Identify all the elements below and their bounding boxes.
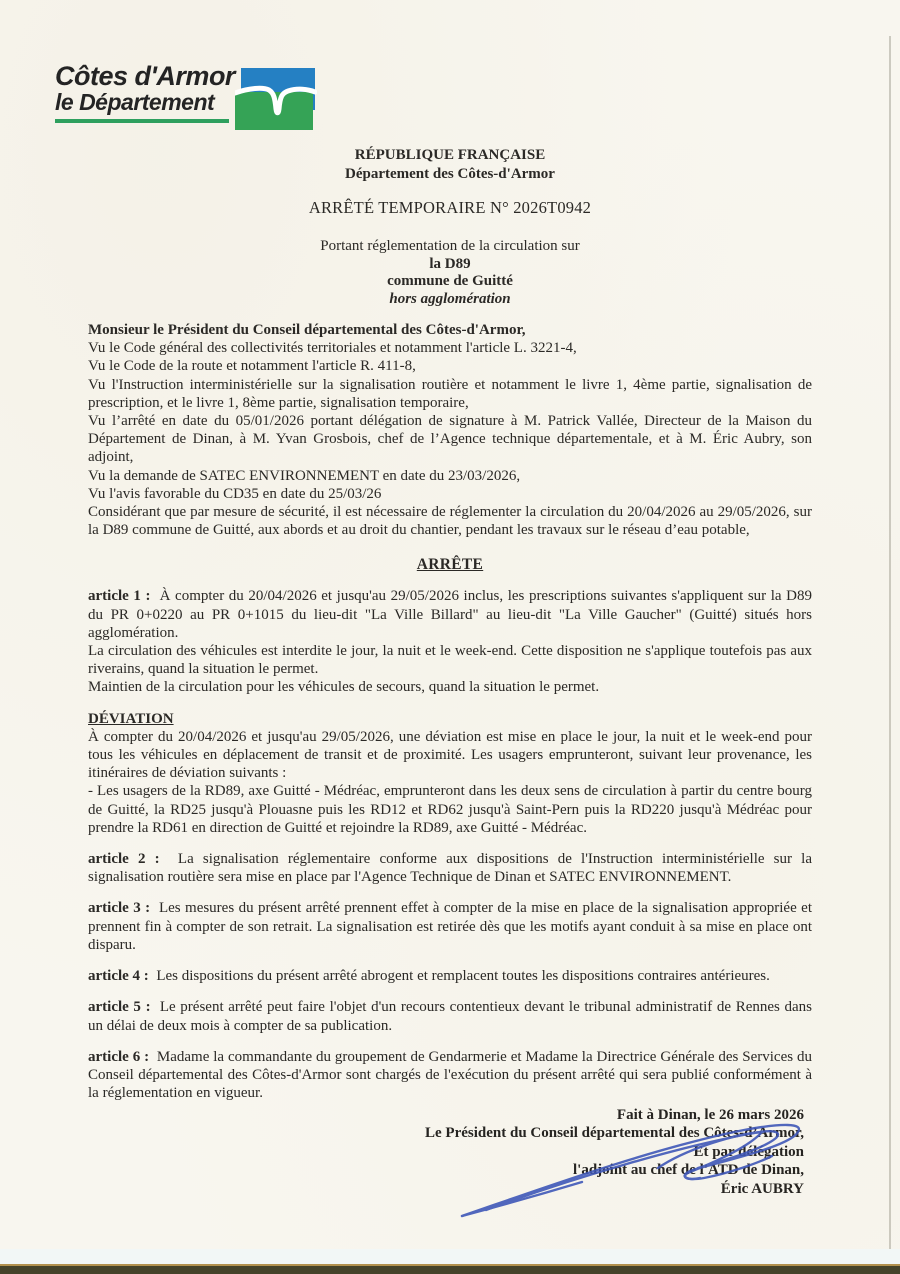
article-5: article 5 : Le présent arrêté peut faire…: [88, 998, 812, 1034]
deviation-section: DÉVIATION À compter du 20/04/2026 et jus…: [88, 710, 812, 837]
decision-heading-text: ARRÊTE: [417, 556, 483, 573]
signature-delegation: Et par délégation: [425, 1143, 804, 1161]
visa-item: Vu la demande de SATEC ENVIRONNEMENT en …: [88, 467, 812, 485]
article-1-paragraph: article 1 : À compter du 20/04/2026 et j…: [88, 587, 812, 642]
deviation-paragraph: - Les usagers de la RD89, axe Guitté - M…: [88, 782, 812, 837]
logo-title: Côtes d'Armor: [55, 62, 229, 90]
preamble: Monsieur le Président du Conseil départe…: [88, 321, 812, 539]
deviation-paragraph: À compter du 20/04/2026 et jusqu'au 29/0…: [88, 728, 812, 783]
signature-block: Fait à Dinan, le 26 mars 2026 Le Préside…: [425, 1106, 804, 1198]
article-1-paragraph: Maintien de la circulation pour les véhi…: [88, 678, 812, 696]
article-4: article 4 : Les dispositions du présent …: [88, 967, 812, 985]
subject-block: Portant réglementation de la circulation…: [88, 238, 812, 308]
article-6-text: Madame la commandante du groupement de G…: [88, 1049, 812, 1101]
article-3-text: Les mesures du présent arrêté prennent e…: [88, 900, 812, 952]
article-6-label: article 6 :: [88, 1049, 149, 1065]
article-4-label: article 4 :: [88, 968, 149, 984]
arrete-number: ARRÊTÉ TEMPORAIRE N° 2026T0942: [88, 198, 812, 217]
signature-name: Éric AUBRY: [425, 1180, 804, 1198]
subject-intro: Portant réglementation de la circulation…: [88, 238, 812, 256]
article-3: article 3 : Les mesures du présent arrêt…: [88, 899, 812, 954]
logo-subtitle: le Département: [55, 90, 229, 115]
visa-item: Vu le Code de la route et notamment l'ar…: [88, 357, 812, 375]
subject-zone: hors agglomération: [88, 291, 812, 309]
document-page: Côtes d'Armor le Département RÉPUBLIQUE …: [0, 0, 900, 1274]
article-2: article 2 : La signalisation réglementai…: [88, 850, 812, 886]
document-content: RÉPUBLIQUE FRANÇAISE Département des Côt…: [0, 0, 900, 1102]
scan-bottom-light-strip: [0, 1249, 900, 1264]
scan-page-edge: [889, 36, 891, 1250]
article-6: article 6 : Madame la commandante du gro…: [88, 1048, 812, 1103]
article-4-text: Les dispositions du présent arrêté abrog…: [156, 968, 770, 984]
department-logo: Côtes d'Armor le Département: [55, 62, 317, 130]
article-5-label: article 5 :: [88, 999, 151, 1015]
article-1-paragraph: La circulation des véhicules est interdi…: [88, 642, 812, 678]
departement-heading: Département des Côtes-d'Armor: [88, 165, 812, 184]
salutation: Monsieur le Président du Conseil départe…: [88, 321, 812, 339]
deviation-heading: DÉVIATION: [88, 711, 174, 727]
scan-bottom-dark-bar: [0, 1266, 900, 1274]
logo-underline: [55, 119, 229, 123]
republique-heading: RÉPUBLIQUE FRANÇAISE: [88, 146, 812, 165]
article-5-text: Le présent arrêté peut faire l'objet d'u…: [88, 999, 812, 1033]
visa-item: Vu l’arrêté en date du 05/01/2026 portan…: [88, 412, 812, 467]
signature-title: Le Président du Conseil départemental de…: [425, 1124, 804, 1142]
signature-place-date: Fait à Dinan, le 26 mars 2026: [425, 1106, 804, 1124]
subject-road: la D89: [88, 256, 812, 274]
article-3-label: article 3 :: [88, 900, 150, 916]
subject-commune: commune de Guitté: [88, 273, 812, 291]
article-1-text: À compter du 20/04/2026 et jusqu'au 29/0…: [88, 588, 812, 640]
logo-text-block: Côtes d'Armor le Département: [55, 62, 229, 123]
signature-role: l'adjoint au chef de l'ATD de Dinan,: [425, 1161, 804, 1179]
considerant-item: Considérant que par mesure de sécurité, …: [88, 503, 812, 539]
visa-item: Vu l'Instruction interministérielle sur …: [88, 376, 812, 412]
article-1-label: article 1 :: [88, 588, 150, 604]
cotes-darmor-logo-mark-icon: [235, 66, 317, 130]
visa-item: Vu le Code général des collectivités ter…: [88, 339, 812, 357]
article-1: article 1 : À compter du 20/04/2026 et j…: [88, 587, 812, 696]
visa-item: Vu l'avis favorable du CD35 en date du 2…: [88, 485, 812, 503]
article-2-text: La signalisation réglementaire conforme …: [88, 851, 812, 885]
article-2-label: article 2 :: [88, 851, 160, 867]
decision-heading: ARRÊTE: [88, 556, 812, 574]
